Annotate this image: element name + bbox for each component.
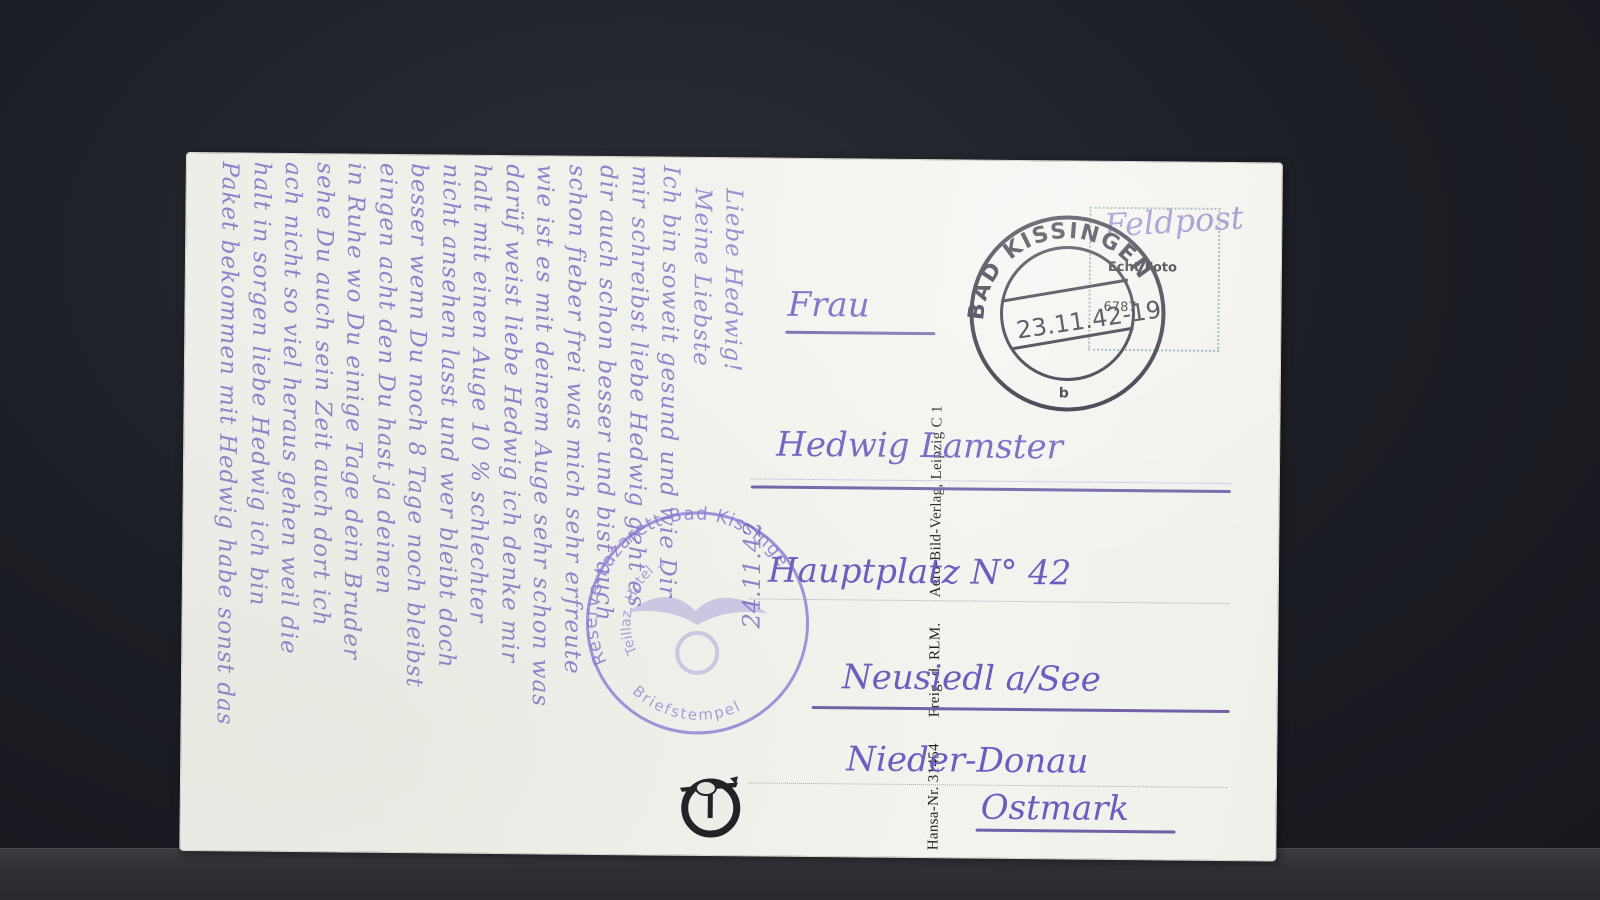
svg-text:Briefstempel: Briefstempel [629, 682, 745, 725]
address-city: Neusiedl a/See [842, 657, 1101, 699]
handwritten-stamp-date: 24.11.42 [737, 521, 766, 628]
message-line: eingen acht den Du hast ja deinen [370, 163, 400, 595]
message-line: Liebe Hedwig! [719, 188, 747, 373]
address-name: Hedwig Lamster [776, 425, 1063, 468]
svg-text:23.11.42-19: 23.11.42-19 [1015, 295, 1164, 344]
address-line-1 [751, 478, 1231, 484]
country-underline [976, 829, 1176, 834]
message-line: Meine Liebste [687, 188, 715, 367]
message-line: ach nicht so viel heraus gehen weil die [275, 162, 306, 655]
salutation-underline [785, 331, 935, 335]
city-underline [812, 706, 1230, 713]
bad-kissingen-postmark-icon: BAD KISSINGEN 23.11.42-19 b [954, 200, 1176, 422]
address-country: Ostmark [981, 788, 1130, 829]
address-region: Nieder-Donau [846, 739, 1089, 781]
address-line-2 [750, 598, 1230, 604]
message-line: halt mit einen Auge 10 % schlechter [464, 164, 494, 624]
message-line: sehe Du auch sein Zeit auch dort ich [307, 162, 337, 627]
lazarett-unit-stamp-icon: Reserve-Lazarett Bad Kissingen Teillaz. … [576, 502, 818, 744]
svg-text:b: b [1059, 385, 1069, 401]
message-line: wie ist es mit deinem Auge sehr schon wa… [527, 164, 558, 707]
name-underline [751, 485, 1231, 493]
address-street: Hauptplatz N° 42 [768, 551, 1072, 594]
message-line: Paket bekommen mit Hedwig habe sonst das [212, 161, 243, 725]
message-line: darüf weist liebe Hedwig ich denke mir [496, 164, 527, 663]
message-line: in Ruhe wo Du einige Tage dein Bruder [338, 162, 369, 660]
postcard: Liebe Hedwig!Meine LiebsteIch bin soweit… [180, 153, 1282, 860]
address-salutation: Frau [787, 285, 869, 326]
message-line: nicht ansehen lasst und wer bleibt doch [433, 163, 464, 668]
message-line: halt in sorgen liebe Hedwig ich bin [244, 162, 274, 607]
message-line: besser wenn Du noch 8 Tage noch bleibst [401, 163, 432, 688]
aero-bild-logo-icon [675, 770, 746, 841]
